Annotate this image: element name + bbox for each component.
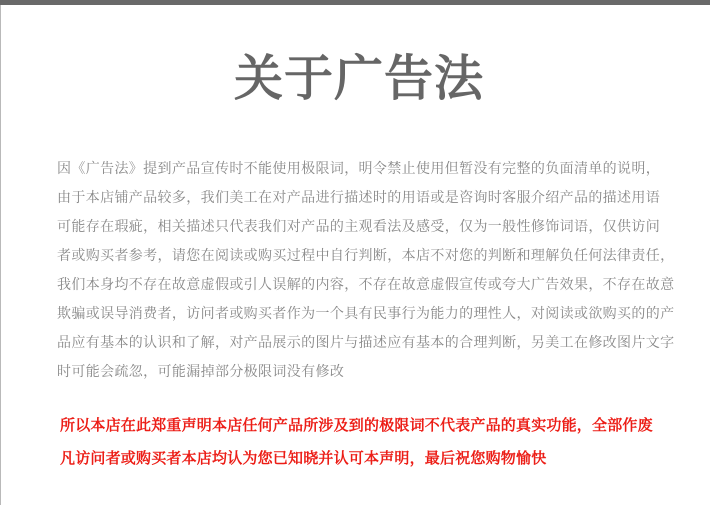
disclaimer-line: 我们本身均不存在故意虚假或引人误解的内容，不存在故意虚假宣传或夸大广告效果，不存… bbox=[57, 270, 667, 299]
disclaimer-line: 由于本店铺产品较多，我们美工在对产品进行描述时的用语或是咨询时客服介绍产品的描述… bbox=[57, 183, 667, 212]
disclaimer-line: 因《广告法》提到产品宣传时不能使用极限词，明令禁止使用但暂没有完整的负面清单的说… bbox=[57, 154, 667, 183]
top-bar-divider bbox=[0, 0, 710, 5]
notice-line: 凡访问者或购买者本店均认为您已知晓并认可本声明，最后祝您购物愉快 bbox=[60, 442, 670, 475]
ad-law-notice-page: 关于广告法 因《广告法》提到产品宣传时不能使用极限词，明令禁止使用但暂没有完整的… bbox=[0, 0, 718, 526]
red-notice-statement: 所以本店在此郑重声明本店任何产品所涉及到的极限词不代表产品的真实功能，全部作废 … bbox=[60, 409, 670, 475]
disclaimer-line: 欺骗或误导消费者，访问者或购买者作为一个具有民事行为能力的理性人，对阅读或欲购买… bbox=[57, 299, 667, 328]
disclaimer-line: 时可能会疏忽，可能漏掉部分极限词没有修改 bbox=[57, 357, 667, 386]
page-title: 关于广告法 bbox=[0, 50, 718, 108]
notice-line: 所以本店在此郑重声明本店任何产品所涉及到的极限词不代表产品的真实功能，全部作废 bbox=[60, 409, 670, 442]
disclaimer-line: 品应有基本的认识和了解，对产品展示的图片与描述应有基本的合理判断，另美工在修改图… bbox=[57, 328, 667, 357]
disclaimer-line: 者或购买者参考，请您在阅读或购买过程中自行判断，本店不对您的判断和理解负任何法律… bbox=[57, 241, 667, 270]
disclaimer-paragraph: 因《广告法》提到产品宣传时不能使用极限词，明令禁止使用但暂没有完整的负面清单的说… bbox=[57, 154, 667, 386]
disclaimer-line: 可能存在瑕疵，相关描述只代表我们对产品的主观看法及感受，仅为一般性修饰词语，仅供… bbox=[57, 212, 667, 241]
